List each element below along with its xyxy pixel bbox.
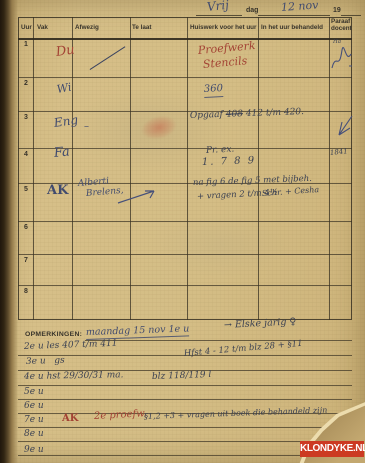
handwritten-day: Vrij: [206, 0, 229, 14]
hw-opm-l7-red: 2e proefw.: [94, 409, 147, 422]
hw-r4-huiswerk-1: Pr. ex.: [206, 146, 235, 157]
ruled-line: [85, 340, 352, 341]
row-number: 1: [24, 41, 28, 48]
ruled-line: [18, 427, 352, 428]
hw-opm-l7-vak: AK: [62, 414, 78, 425]
col-header-paraaf: Paraaf docent: [331, 19, 351, 32]
hw-opm-l7-text: §1,2 +3 + vragen uit boek die behandeld …: [144, 407, 328, 422]
col-header-behandeld: In het uur behandeld: [261, 25, 323, 32]
row-number: 6: [24, 224, 28, 231]
hw-r3-huiswerk-pre: Opgaaf: [190, 110, 223, 121]
table-gridline: [72, 17, 73, 320]
date-rule: [341, 15, 361, 16]
table-gridline: [130, 17, 131, 320]
printed-year: 19: [333, 7, 341, 14]
row-number: 3: [24, 114, 28, 121]
row-number: 5: [24, 186, 28, 193]
hw-opm-l3: 3e u gs: [26, 357, 65, 368]
row-number: 8: [24, 288, 28, 295]
hw-opm-l2: 2e u les 407 t/m 411: [24, 340, 118, 353]
table-gridline: [187, 17, 188, 320]
handwritten-date: 12 nov: [281, 0, 319, 14]
hw-opm-l1: maandag 15 nov 1e u: [86, 324, 190, 340]
hw-r3-huiswerk-struck: 408: [226, 109, 244, 120]
opmerkingen-label: OPMERKINGEN:: [25, 331, 82, 338]
ruled-line: [18, 385, 352, 386]
hw-opm-l5: 5e u: [24, 388, 44, 397]
row-number: 4: [24, 151, 28, 158]
signature-icon: [334, 113, 356, 141]
table-gridline: [18, 285, 352, 286]
col-header-te-laat: Te laat: [132, 25, 151, 32]
col-header-vak: Vak: [37, 25, 48, 32]
homework-table: [18, 17, 352, 320]
hw-r2-vak: Wi: [56, 82, 72, 96]
table-gridline: [258, 17, 259, 320]
hw-r3-huiswerk-post: 412 t/m 420.: [246, 107, 304, 119]
hw-r5-vak: AK: [47, 184, 68, 198]
date-rule: [196, 15, 242, 16]
hw-opm-l4b: blz 118/119 l: [152, 371, 212, 383]
col-header-afwezig: Afwezig: [75, 25, 99, 32]
hw-r1-vak: Du: [55, 43, 76, 59]
hw-r3-afwezig: –: [84, 122, 89, 133]
arrow-icon: [114, 185, 162, 207]
table-gridline: [18, 254, 352, 255]
table-gridline: [33, 17, 34, 320]
table-gridline: [18, 221, 352, 222]
row-number: 2: [24, 80, 28, 87]
signature-icon: [329, 42, 355, 74]
printed-dag-label: dag: [246, 7, 258, 14]
ruled-line: [18, 399, 352, 400]
hw-opm-l3-note: Hfst 4 - 12 t/m blz 28 + §11: [184, 340, 303, 359]
table-gridline: [18, 77, 352, 78]
scanned-homework-diary-page: Vrij dag 12 nov 19 Uur Vak Afwezig Te la…: [0, 0, 365, 463]
binding-shadow: [0, 0, 18, 463]
hw-opm-l7: 7e u: [24, 416, 44, 425]
hw-opm-l8: 8e u: [24, 430, 44, 439]
hw-opm-l9: 9e u: [24, 446, 44, 455]
hw-r4-vak: Fa: [53, 145, 70, 160]
col-header-uur: Uur: [21, 25, 32, 32]
row-number: 7: [24, 257, 28, 264]
hw-opm-l4: 4e u hst 29/30/31 ma.: [24, 371, 124, 382]
hw-opm-l6: 6e u: [24, 402, 44, 411]
header-bottom-line: [18, 38, 352, 40]
watermark-badge: KLONDYKE.NL: [300, 441, 364, 457]
col-header-huiswerk: Huiswerk voor het uur: [190, 25, 256, 32]
date-rule: [258, 15, 330, 16]
hw-r2-huiswerk: 360: [204, 84, 224, 97]
hw-r4-huiswerk-2: 1. 7 8 9: [202, 156, 257, 168]
hw-opm-l1-note: → Elske jarig ♀: [224, 317, 297, 331]
